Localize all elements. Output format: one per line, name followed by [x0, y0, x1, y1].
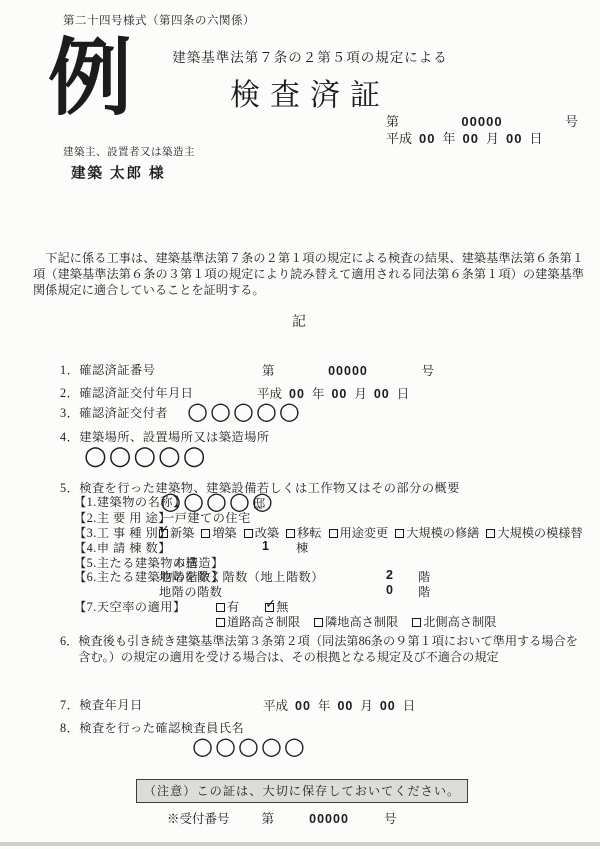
year-value: 00 [419, 131, 435, 146]
receipt-label: ※受付番号 [167, 809, 230, 827]
year-unit: 年 [312, 384, 325, 402]
day-unit: 日 [403, 696, 416, 714]
receipt-value: 00000 [274, 812, 384, 826]
basement-floors-unit: 階 [418, 583, 431, 600]
month-value: 00 [337, 699, 353, 713]
item3-title: 確認済証交付者 [79, 406, 168, 420]
item2-title: 確認済証交付年月日 [79, 386, 193, 400]
certification-paragraph: 下記に係る工事は、建築基準法第７条の２第１項の規定による検査の結果、建築基準法第… [33, 251, 584, 299]
item3-placeholder-circles: ○○○○○ [187, 399, 302, 423]
ki-heading: 記 [0, 311, 600, 331]
inspector-name-circles: ○○○○○ [192, 734, 307, 758]
height-restriction-options: 道路高さ制限 隣地高さ制限 北側高さ制限 [216, 613, 496, 630]
item7-title: 検査年月日 [79, 698, 142, 712]
item1-title: 確認済証番号 [79, 363, 155, 377]
day-unit: 日 [397, 384, 410, 402]
checkbox-label: 新築 [170, 526, 194, 540]
checkbox-label: 増築 [212, 526, 236, 540]
building-name-suffix: 邸 [253, 495, 266, 512]
checkbox-icon [412, 618, 421, 627]
day-unit: 日 [529, 128, 542, 147]
checkbox-label: 大規模の修繕 [406, 526, 479, 540]
item3-number: 3． [60, 406, 79, 420]
height-restriction-option: 隣地高さ制限 [314, 613, 398, 630]
work-type-option: 用途変更 [329, 524, 389, 541]
item6-text: 検査後も引き続き建築基準法第３条第２項（同法第86条の９第１項において準用する場… [78, 634, 588, 666]
addressee-label: 建築主、設置者又は築造主 [63, 144, 195, 159]
checkbox-label: 大規模の模様替 [497, 526, 582, 540]
checkbox-label: 無 [276, 600, 288, 614]
item8-number: 8． [60, 721, 79, 735]
notice-box: （注意）この証は、大切に保存しておいてください。 [136, 779, 468, 803]
item7-date-row: 平成 00 年 00 月 00 日 [263, 696, 415, 714]
day-value: 00 [506, 131, 522, 146]
checkbox-icon [244, 529, 253, 538]
building-count-value: 1 [262, 539, 270, 553]
item7-number: 7． [60, 698, 79, 712]
day-value: 00 [374, 387, 390, 401]
item1-no-value: 00000 [275, 364, 422, 378]
checkbox-icon [329, 529, 338, 538]
work-type-options: 新築 増築 改築 移転 用途変更 大規模の修繕 大規模の模様替 [159, 524, 583, 541]
example-stamp: 例 [48, 36, 132, 120]
issue-date-row: 平成 00 年 00 月 00 日 [386, 128, 542, 147]
law-reference-line: 建築基準法第７条の２第５項の規定による [140, 46, 480, 66]
height-restriction-option: 北側高さ制限 [412, 613, 496, 630]
year-value: 00 [295, 699, 311, 713]
era-label: 平成 [386, 128, 412, 147]
cert-no-value: 00000 [399, 114, 565, 129]
scan-edge-artifact [0, 842, 600, 846]
item1-no-prefix: 第 [262, 361, 275, 379]
month-unit: 月 [354, 384, 367, 402]
item1-label: 1．確認済証番号 [60, 361, 155, 378]
checkbox-icon [216, 603, 225, 612]
item6-number: 6． [60, 634, 78, 650]
work-type-option: 大規模の修繕 [395, 524, 479, 541]
year-unit: 年 [442, 128, 455, 147]
building-count-unit: 棟 [296, 539, 309, 556]
work-type-option: 大規模の模様替 [486, 524, 582, 541]
receipt-prefix: 第 [262, 809, 275, 827]
checkbox-icon [486, 529, 495, 538]
checkbox-label: 道路高さ制限 [227, 615, 300, 629]
item1-number-row: 第 00000 号 [262, 361, 434, 379]
item4-placeholder-circles: ○○○○○ [84, 443, 207, 469]
checkbox-icon [216, 618, 225, 627]
checkbox-icon [286, 529, 295, 538]
document-title: 検査済証 [140, 70, 480, 114]
cert-no-suffix: 号 [565, 111, 578, 130]
day-value: 00 [380, 699, 396, 713]
form-number: 第二十四号様式（第四条の六関係） [63, 12, 255, 28]
month-value: 00 [463, 131, 479, 146]
checkbox-icon [159, 529, 168, 538]
year-unit: 年 [318, 696, 331, 714]
checkbox-label: 移転 [297, 526, 321, 540]
month-unit: 月 [360, 696, 373, 714]
checkbox-icon [201, 529, 210, 538]
checkbox-label: 隣地高さ制限 [325, 615, 398, 629]
basement-floors-value: 0 [386, 583, 394, 597]
checkbox-icon [265, 603, 274, 612]
month-value: 00 [331, 387, 347, 401]
inspection-certificate-document: 第二十四号様式（第四条の六関係） 例 建築基準法第７条の２第５項の規定による 検… [0, 0, 600, 849]
checkbox-label: 有 [227, 600, 239, 614]
item4-number: 4． [60, 430, 79, 444]
receipt-number-row: ※受付番号 第 00000 号 [167, 809, 397, 827]
receipt-suffix: 号 [384, 809, 397, 827]
item5-sub7-label: 【7.天空率の適用】 [74, 598, 186, 615]
checkbox-icon [395, 529, 404, 538]
work-type-option: 増築 [201, 524, 236, 541]
above-ground-floors-value: 2 [386, 568, 394, 582]
item7-label: 7．検査年月日 [60, 696, 143, 713]
item2-number: 2． [60, 386, 79, 400]
item3-label: 3．確認済証交付者 [60, 404, 168, 421]
height-restriction-option: 道路高さ制限 [216, 613, 300, 630]
checkbox-label: 用途変更 [340, 526, 389, 540]
checkbox-icon [314, 618, 323, 627]
addressee-name: 建築 太郎 様 [71, 162, 166, 183]
month-unit: 月 [486, 128, 499, 147]
checkbox-label: 北側高さ制限 [423, 615, 496, 629]
item1-no-suffix: 号 [421, 361, 434, 379]
item2-label: 2．確認済証交付年月日 [60, 384, 193, 401]
era-label: 平成 [263, 696, 288, 714]
checkbox-label: 改築 [255, 526, 279, 540]
item6-paragraph: 6． 検査後も引き続き建築基準法第３条第２項（同法第86条の９第１項において準用… [60, 634, 588, 666]
item1-number: 1． [60, 363, 79, 377]
